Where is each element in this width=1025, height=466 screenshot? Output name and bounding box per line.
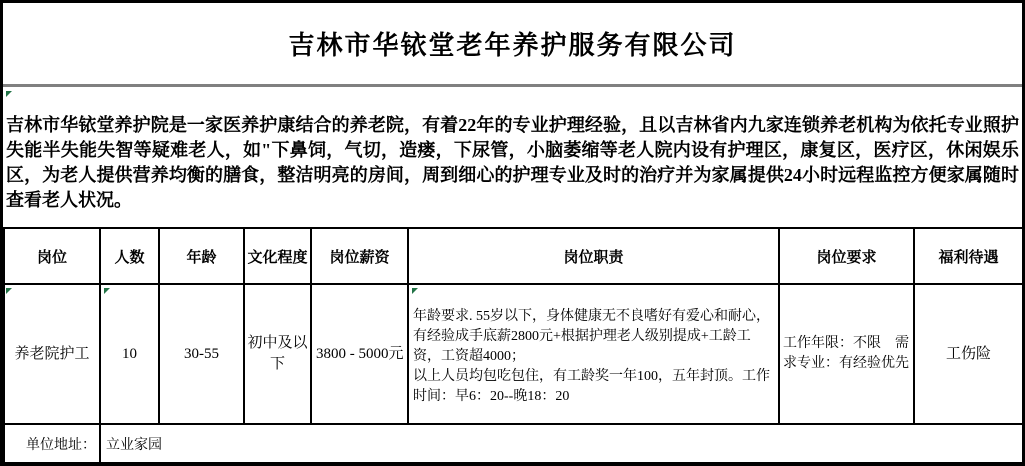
cell-position: 养老院护工 xyxy=(4,284,100,424)
address-row: 单位地址： 立业家园 xyxy=(4,424,1023,463)
col-header-requirements: 岗位要求 xyxy=(779,228,914,284)
col-header-benefits: 福利待遇 xyxy=(914,228,1023,284)
col-header-salary: 岗位薪资 xyxy=(311,228,408,284)
address-value: 立业家园 xyxy=(100,424,1023,463)
cell-marker-icon xyxy=(6,288,12,294)
title-row: 吉林市华铱堂老年养护服务有限公司 xyxy=(3,3,1022,84)
table-row: 养老院护工 10 30-55 初中及以下 3800 - 5000元 年龄要求. … xyxy=(4,284,1023,424)
cell-education: 初中及以下 xyxy=(244,284,311,424)
cell-salary: 3800 - 5000元 xyxy=(311,284,408,424)
col-header-headcount: 人数 xyxy=(100,228,159,284)
col-header-age: 年龄 xyxy=(159,228,244,284)
cell-benefits: 工伤险 xyxy=(914,284,1023,424)
address-label: 单位地址： xyxy=(4,424,100,463)
col-header-education: 文化程度 xyxy=(244,228,311,284)
table-header-row: 岗位 人数 年龄 文化程度 岗位薪资 岗位职责 岗位要求 福利待遇 xyxy=(4,228,1023,284)
cell-duties: 年龄要求. 55岁以下，身体健康无不良嗜好有爱心和耐心，有经验成手底薪2800元… xyxy=(408,284,779,424)
job-posting-document: 吉林市华铱堂老年养护服务有限公司 吉林市华铱堂养护院是一家医养护康结合的养老院，… xyxy=(0,0,1025,466)
cell-requirements: 工作年限：不限 需求专业：有经验优先 xyxy=(779,284,914,424)
cell-headcount: 10 xyxy=(100,284,159,424)
col-header-position: 岗位 xyxy=(4,228,100,284)
cell-age: 30-55 xyxy=(159,284,244,424)
company-title: 吉林市华铱堂老年养护服务有限公司 xyxy=(288,25,736,62)
company-description: 吉林市华铱堂养护院是一家医养护康结合的养老院，有着22年的专业护理经验，且以吉林… xyxy=(3,87,1022,227)
job-table: 岗位 人数 年龄 文化程度 岗位薪资 岗位职责 岗位要求 福利待遇 养老院护工 … xyxy=(3,227,1024,464)
cell-marker-icon xyxy=(6,91,12,97)
cell-marker-icon xyxy=(104,288,110,294)
col-header-duties: 岗位职责 xyxy=(408,228,779,284)
cell-marker-icon xyxy=(412,288,418,294)
